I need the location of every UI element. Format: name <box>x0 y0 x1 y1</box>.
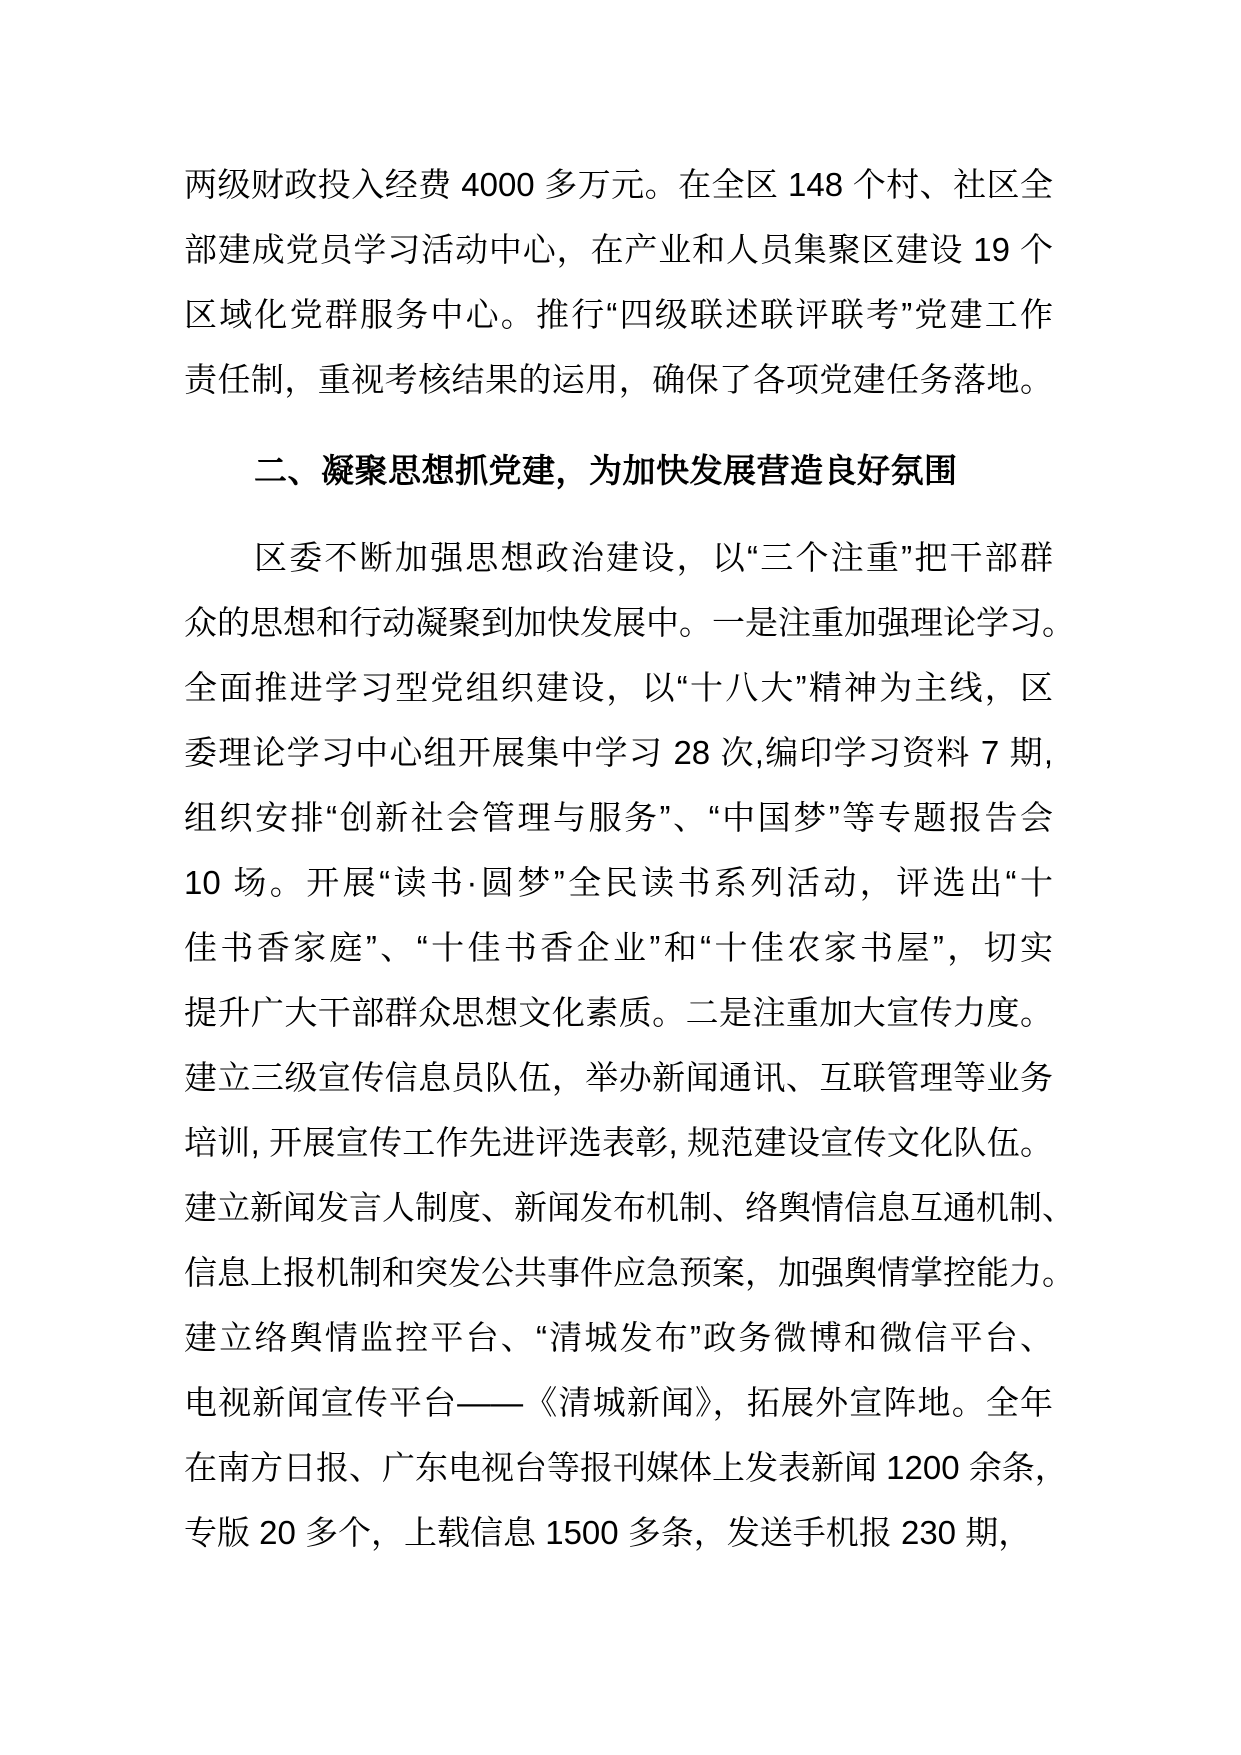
document-content: 两级财政投入经费 4000 多万元。在全区 148 个村、社区全 部建成党员学习… <box>184 152 1053 1565</box>
text-line: 培训, 开展宣传工作先进评选表彰, 规范建设宣传文化队伍。 <box>184 1110 1053 1175</box>
text-line: 区委不断加强思想政治建设，以“三个注重”把干部群 <box>184 525 1053 590</box>
text-line: 全面推进学习型党组织建设，以“十八大”精神为主线，区 <box>184 655 1053 720</box>
text-line: 组织安排“创新社会管理与服务”、“中国梦”等专题报告会 <box>184 785 1053 850</box>
text-line: 电视新闻宣传平台——《清城新闻》，拓展外宣阵地。全年 <box>184 1370 1053 1435</box>
text-line: 两级财政投入经费 4000 多万元。在全区 148 个村、社区全 <box>184 152 1053 217</box>
text-line: 众的思想和行动凝聚到加快发展中。一是注重加强理论学习。 <box>184 590 1053 655</box>
text-line: 委理论学习中心组开展集中学习 28 次,编印学习资料 7 期, <box>184 720 1053 785</box>
paragraph-1: 两级财政投入经费 4000 多万元。在全区 148 个村、社区全 部建成党员学习… <box>184 152 1053 412</box>
text-line: 建立络舆情监控平台、“清城发布”政务微博和微信平台、 <box>184 1305 1053 1370</box>
text-line: 专版 20 多个，上载信息 1500 多条，发送手机报 230 期， <box>184 1500 1053 1565</box>
text-line: 责任制，重视考核结果的运用，确保了各项党建任务落地。 <box>184 347 1053 412</box>
section-heading: 二、凝聚思想抓党建，为加快发展营造良好氛围 <box>184 438 1053 503</box>
text-line: 在南方日报、广东电视台等报刊媒体上发表新闻 1200 余条， <box>184 1435 1053 1500</box>
text-line: 区域化党群服务中心。推行“四级联述联评联考”党建工作 <box>184 282 1053 347</box>
text-line: 建立新闻发言人制度、新闻发布机制、络舆情信息互通机制、 <box>184 1175 1053 1240</box>
document-page: 两级财政投入经费 4000 多万元。在全区 148 个村、社区全 部建成党员学习… <box>0 0 1241 1755</box>
text-line: 信息上报机制和突发公共事件应急预案，加强舆情掌控能力。 <box>184 1240 1053 1305</box>
text-line: 提升广大干部群众思想文化素质。二是注重加大宣传力度。 <box>184 980 1053 1045</box>
text-line: 建立三级宣传信息员队伍，举办新闻通讯、互联管理等业务 <box>184 1045 1053 1110</box>
paragraph-2: 区委不断加强思想政治建设，以“三个注重”把干部群 众的思想和行动凝聚到加快发展中… <box>184 525 1053 1565</box>
text-line: 佳书香家庭”、“十佳书香企业”和“十佳农家书屋”，切实 <box>184 915 1053 980</box>
text-line: 10 场。开展“读书·圆梦”全民读书系列活动，评选出“十 <box>184 850 1053 915</box>
text-line: 部建成党员学习活动中心，在产业和人员集聚区建设 19 个 <box>184 217 1053 282</box>
